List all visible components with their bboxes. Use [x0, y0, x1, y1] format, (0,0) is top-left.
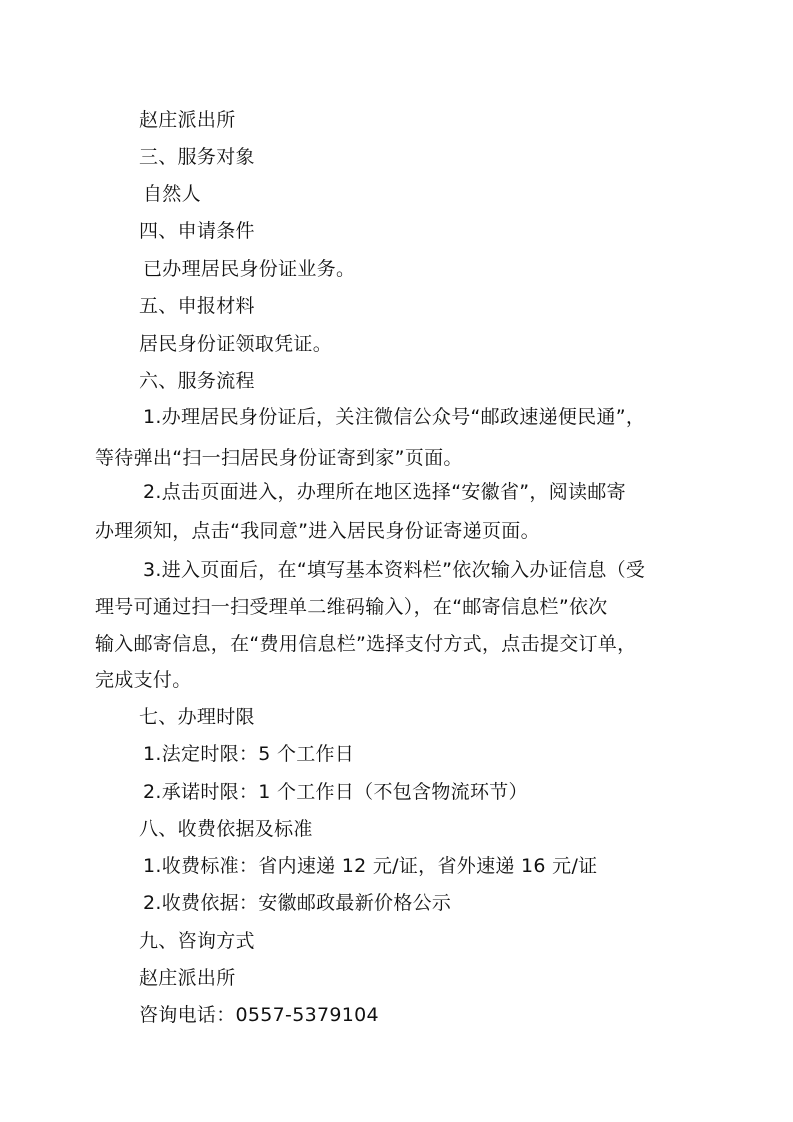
required-materials: 居民身份证领取凭证。 — [139, 332, 332, 356]
process-step-2-line-1: 2.点击页面进入，办理所在地区选择“安徽省”，阅读邮寄 — [143, 480, 626, 504]
section-heading-5: 五、申报材料 — [139, 294, 255, 318]
document-page: 赵庄派出所 三、服务对象 自然人 四、申请条件 已办理居民身份证业务。 五、申报… — [0, 0, 793, 1122]
section-heading-6: 六、服务流程 — [139, 369, 255, 393]
contact-office: 赵庄派出所 — [139, 966, 236, 990]
section-heading-3: 三、服务对象 — [139, 145, 255, 169]
process-step-3-line-3: 输入邮寄信息，在“费用信息栏”选择支付方式，点击提交订单， — [95, 632, 636, 656]
process-step-3-line-1: 3.进入页面后，在“填写基本资料栏”依次输入办证信息（受 — [143, 558, 645, 582]
process-step-3-line-4: 完成支付。 — [95, 668, 192, 692]
application-condition: 已办理居民身份证业务。 — [143, 257, 355, 281]
process-step-3-line-2: 理号可通过扫一扫受理单二维码输入），在“邮寄信息栏”依次 — [95, 595, 608, 619]
process-step-1-line-1: 1.办理居民身份证后，关注微信公众号“邮政速递便民通”， — [143, 405, 645, 429]
section-heading-4: 四、申请条件 — [139, 219, 255, 243]
section-heading-8: 八、收费依据及标准 — [139, 817, 313, 841]
process-step-1-line-2: 等待弹出“扫一扫居民身份证寄到家”页面。 — [95, 446, 463, 470]
section-heading-7: 七、办理时限 — [139, 705, 255, 729]
process-step-2-line-2: 办理须知，点击“我同意”进入居民身份证寄递页面。 — [95, 519, 540, 543]
section-heading-9: 九、咨询方式 — [139, 929, 255, 953]
promised-time-limit: 2.承诺时限：1 个工作日（不包含物流环节） — [143, 780, 528, 804]
fee-basis: 2.收费依据：安徽邮政最新价格公示 — [143, 891, 451, 915]
contact-phone: 咨询电话：0557-5379104 — [139, 1003, 379, 1027]
fee-standard: 1.收费标准：省内速递 12 元/证，省外速递 16 元/证 — [143, 854, 597, 878]
service-target-text: 自然人 — [143, 182, 201, 206]
legal-time-limit: 1.法定时限：5 个工作日 — [143, 742, 354, 766]
office-name: 赵庄派出所 — [139, 108, 236, 132]
